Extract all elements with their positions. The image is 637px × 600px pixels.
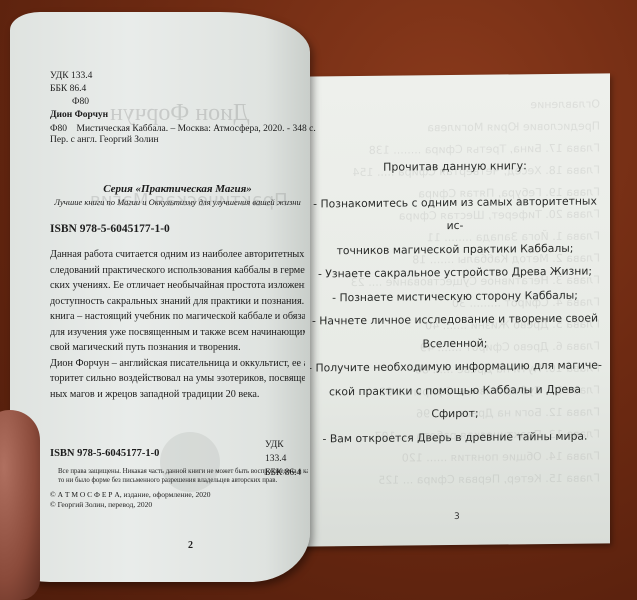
benefits-list: - Познакомитесь с одним из самых авторит… xyxy=(306,189,604,451)
author-mark: Ф80 xyxy=(50,96,305,109)
description-line: Дион Форчун – английская писательница и … xyxy=(50,356,305,372)
description-line: свой магический путь познания и творения… xyxy=(50,340,305,356)
benefit-line: точников магической практики Каббалы; xyxy=(306,236,604,263)
description-line: доступность сакральных знаний для практи… xyxy=(50,294,305,310)
benefits-heading: Прочитав данную книгу: xyxy=(306,153,604,180)
isbn: ISBN 978-5-6045177-1-0 xyxy=(50,223,305,235)
copyright-line: © Георгий Золин, перевод, 2020 xyxy=(50,500,211,510)
udk-code: УДК 133.4 xyxy=(50,70,305,83)
bottom-udk: УДК 133.4 xyxy=(265,438,305,466)
bbk-code: ББК 86.4 xyxy=(50,83,305,96)
description-line: книга – настоящий учебник по магической … xyxy=(50,309,305,325)
ghost-line: Предисловие Юрия Могилева xyxy=(310,115,600,140)
book-description: Данная работа считается одним из наиболе… xyxy=(50,247,305,402)
description-line: следований практического использования к… xyxy=(50,263,305,279)
benefit-line: Вселенной; xyxy=(306,330,604,357)
series-subtitle: Лучшие книги по Магии и Оккультизму для … xyxy=(50,197,305,207)
page-number-left: 2 xyxy=(188,540,193,551)
right-page-content: Прочитав данную книгу: - Познакомитесь с… xyxy=(306,153,604,450)
author-name: Дион Форчун xyxy=(50,109,305,122)
benefit-line: ской практики с помощью Каббалы и Древа … xyxy=(306,377,604,427)
thumb xyxy=(0,410,40,600)
book-photo: ОглавлениеПредисловие Юрия МогилеваГлава… xyxy=(0,0,637,600)
bib-mark: Ф80 xyxy=(50,124,67,134)
rights-notice: Все права защищены. Никакая часть данной… xyxy=(58,467,308,485)
left-page: Дион Форчун Практическая Магия УДК 133.4… xyxy=(10,12,310,582)
series-title: Серия «Практическая Магия» xyxy=(50,183,305,195)
description-line: ных магов и жрецов западной традиции 20 … xyxy=(50,387,305,403)
right-page: ОглавлениеПредисловие Юрия МогилеваГлава… xyxy=(300,73,610,546)
benefit-line: - Начнете личное исследование и творение… xyxy=(306,306,604,333)
benefit-line: - Познаете мистическую сторону Каббалы; xyxy=(306,283,604,310)
page-number-right: 3 xyxy=(454,512,460,522)
bibliographic-line: Ф80 Мистическая Каббала. – Москва: Атмос… xyxy=(50,124,305,134)
bottom-isbn: ISBN 978-5-6045177-1-0 xyxy=(50,448,159,459)
translator: Пер. с англ. Георгий Золин xyxy=(50,134,305,147)
imprint-block: УДК 133.4 ББК 86.4 Ф80 Дион Форчун Ф80 М… xyxy=(50,70,305,402)
benefit-line: - Узнаете сакральное устройство Древа Жи… xyxy=(306,259,604,286)
rights-line: то ни было форме без письменного разреше… xyxy=(58,476,308,485)
benefit-line: - Познакомитесь с одним из самых авторит… xyxy=(306,189,604,239)
benefit-line: - Вам откроется Дверь в древние тайны ми… xyxy=(306,424,604,451)
benefit-line: - Получите необходимую информацию для ма… xyxy=(306,353,604,380)
bib-text: Мистическая Каббала. – Москва: Атмосфера… xyxy=(77,124,316,134)
description-line: ских учениях. Ее отличает необычайная пр… xyxy=(50,278,305,294)
copyright-line: © А Т М О С Ф Е Р А, издание, оформление… xyxy=(50,490,211,500)
rights-line: Все права защищены. Никакая часть данной… xyxy=(58,467,308,476)
description-line: Данная работа считается одним из наиболе… xyxy=(50,247,305,263)
copyright-notice: © А Т М О С Ф Е Р А, издание, оформление… xyxy=(50,490,211,509)
ghost-line: Оглавление xyxy=(310,93,600,118)
ghost-line: Глава 15. Кетер, Первая Сфира ... 125 xyxy=(310,467,600,486)
description-line: для изучения уже посвященным и также все… xyxy=(50,325,305,341)
description-line: торитет сильно воздействовал на умы эзот… xyxy=(50,371,305,387)
